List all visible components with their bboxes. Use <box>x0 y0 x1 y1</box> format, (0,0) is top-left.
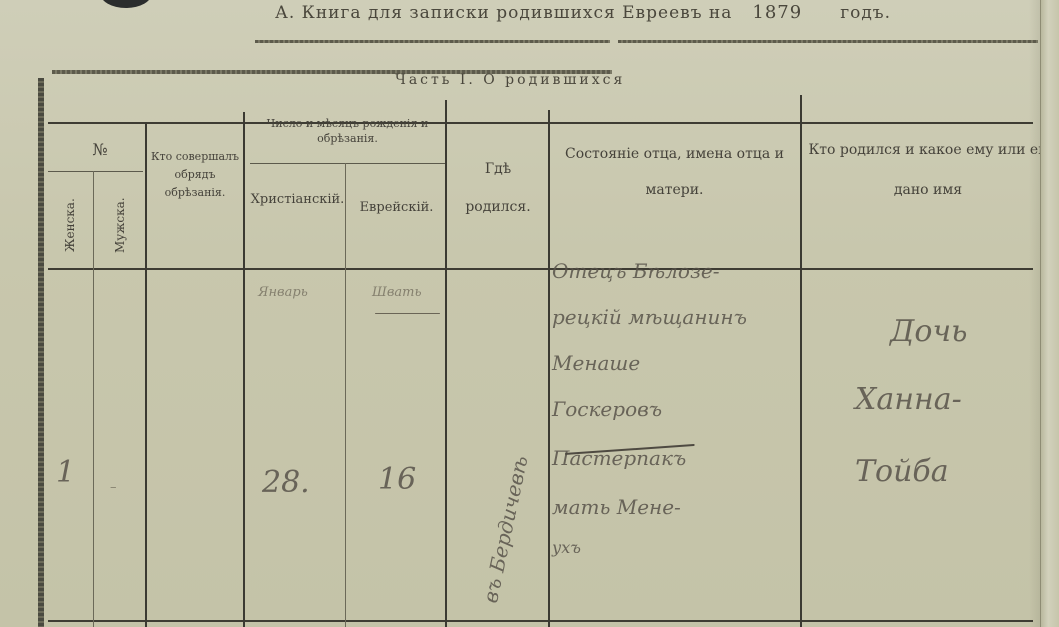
part-title: Часть I. О родившихся <box>395 72 625 88</box>
entry-christian-day: 28. <box>262 465 310 500</box>
binding-hole <box>100 0 152 8</box>
header-child: Кто родился и какое ему или ей дано имя <box>808 130 1048 210</box>
header-bottom-line <box>48 268 1033 270</box>
row-bottom-line <box>48 620 1033 622</box>
parents-line: рецкій мѣщанинъ <box>552 294 797 340</box>
entry-female-number: 1 <box>56 455 75 490</box>
title-prefix: А. Книга для записки родившихся Евреевъ … <box>275 3 732 23</box>
col-line-3 <box>243 112 245 627</box>
entry-jewish-month: Швать <box>372 285 422 300</box>
top-border-right <box>618 40 1038 43</box>
entry-jewish-day: 16 <box>378 462 416 497</box>
header-date-group: Число и мѣсяцъ рожденія и обрѣзанія. <box>250 116 445 146</box>
child-line: Тойба <box>855 436 1055 508</box>
title-underline <box>255 40 610 43</box>
title-suffix: годъ. <box>840 3 891 23</box>
child-line: Ханна- <box>855 364 1055 436</box>
next-page-edge <box>1040 0 1059 627</box>
parents-line: Отецъ Бѣлозе- <box>552 248 797 294</box>
parents-line: Пастерпакъ <box>552 432 797 484</box>
left-border <box>38 78 44 627</box>
col-line-1 <box>93 171 94 627</box>
col-line-5 <box>445 100 447 627</box>
header-performer: Кто совершалъ обрядъ обрѣзанія. <box>150 148 240 202</box>
header-female: Женска. <box>60 185 80 265</box>
parents-line: ухъ <box>552 530 797 566</box>
parents-line: мать Мене- <box>552 484 797 530</box>
number-group-line <box>48 171 143 172</box>
header-jewish: Еврейскій. <box>348 198 445 218</box>
register-title: А. Книга для записки родившихся Евреевъ … <box>275 2 895 32</box>
entry-child: Дочь Ханна- Тойба <box>835 300 1035 508</box>
header-birthplace: Гдѣ родился. <box>452 150 544 226</box>
entry-male-number: – <box>110 480 117 495</box>
entry-parents: Отецъ Бѣлозе- рецкій мѣщанинъ Менаше Гос… <box>552 248 797 566</box>
header-parents: Состояніе отца, имена отца и матери. <box>552 136 797 208</box>
col-line-2 <box>145 122 147 627</box>
header-male: Мужска. <box>110 185 130 265</box>
col-line-6 <box>548 110 550 627</box>
register-page: А. Книга для записки родившихся Евреевъ … <box>0 0 1059 627</box>
parents-line: Менаше <box>552 340 797 386</box>
col-line-4 <box>345 163 346 627</box>
header-number: № <box>70 140 130 160</box>
header-christian: Христіанскій. <box>250 190 345 210</box>
parents-line: Госкеровъ <box>552 386 797 432</box>
title-year: 1879 <box>752 2 802 23</box>
month-underline <box>375 313 440 314</box>
date-group-line <box>250 163 445 164</box>
col-line-7 <box>800 95 802 627</box>
entry-christian-month: Январь <box>258 285 308 300</box>
entry-birthplace: въ Бердичевѣ <box>478 453 533 605</box>
header-top-line <box>48 122 1033 124</box>
